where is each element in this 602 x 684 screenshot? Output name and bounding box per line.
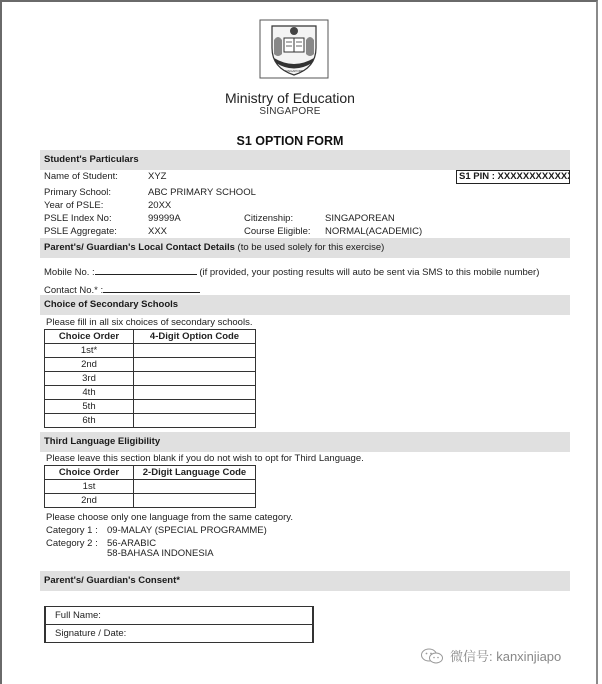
section-note-contact: (to be used solely for this exercise) (235, 242, 384, 253)
option-code-cell[interactable] (134, 358, 256, 372)
choice-order-cell: 6th (45, 414, 134, 428)
table-header-row: Choice Order 2-Digit Language Code (45, 466, 256, 480)
section-header-student: Student's Particulars (40, 150, 570, 170)
s1-pin-box: S1 PIN : XXXXXXXXXXXX (456, 170, 570, 184)
consent-table: Full Name: Signature / Date: (44, 606, 314, 643)
table-row: Signature / Date: (45, 625, 313, 643)
language-code-cell[interactable] (134, 494, 256, 508)
field-value-name: XYZ (148, 171, 166, 182)
field-value-course: NORMAL(ACADEMIC) (325, 226, 422, 237)
field-label-index: PSLE Index No: (44, 213, 112, 224)
category-2-option: 58-BAHASA INDONESIA (107, 548, 214, 559)
column-header: 2-Digit Language Code (134, 466, 256, 480)
choice-order-cell: 2nd (45, 494, 134, 508)
signature-date-field[interactable]: Signature / Date: (45, 625, 313, 643)
section-header-secondary: Choice of Secondary Schools (40, 295, 570, 315)
option-code-cell[interactable] (134, 372, 256, 386)
field-value-aggregate: XXX (148, 226, 167, 237)
mobile-number-field[interactable] (95, 265, 197, 275)
mobile-label: Mobile No. : (44, 267, 95, 278)
table-row: Full Name: (45, 607, 313, 625)
choice-order-cell: 4th (45, 386, 134, 400)
ministry-name: Ministry of Education (0, 90, 580, 106)
wechat-icon (420, 647, 444, 665)
field-label-aggregate: PSLE Aggregate: (44, 226, 117, 237)
table-row: 2nd (45, 494, 256, 508)
category-1-label: Category 1 : (46, 525, 98, 536)
watermark: 微信号: kanxinjiapo (420, 646, 561, 665)
option-code-cell[interactable] (134, 386, 256, 400)
field-label-name: Name of Student: (44, 171, 118, 182)
field-label-year: Year of PSLE: (44, 200, 103, 211)
watermark-text: 微信号: kanxinjiapo (450, 646, 561, 665)
third-language-instruction: Please leave this section blank if you d… (46, 453, 364, 464)
contact-number-field[interactable] (103, 283, 200, 293)
choice-order-cell: 5th (45, 400, 134, 414)
table-row: 6th (45, 414, 256, 428)
choice-order-cell: 3rd (45, 372, 134, 386)
option-code-cell[interactable] (134, 400, 256, 414)
field-value-citizenship: SINGAPOREAN (325, 213, 395, 224)
form-title: S1 OPTION FORM (0, 134, 580, 148)
language-code-cell[interactable] (134, 480, 256, 494)
language-note: Please choose only one language from the… (46, 512, 293, 523)
choice-order-cell: 1st* (45, 344, 134, 358)
secondary-choice-table: Choice Order 4-Digit Option Code 1st* 2n… (44, 329, 256, 428)
field-value-year: 20XX (148, 200, 171, 211)
table-header-row: Choice Order 4-Digit Option Code (45, 330, 256, 344)
section-header-consent: Parent's/ Guardian's Consent* (40, 571, 570, 591)
option-code-cell[interactable] (134, 414, 256, 428)
column-header: Choice Order (45, 466, 134, 480)
section-header-contact: Parent's/ Guardian's Local Contact Detai… (40, 238, 570, 258)
field-label-citizenship: Citizenship: (244, 213, 293, 224)
section-header-third-language: Third Language Eligibility (40, 432, 570, 452)
moe-crest-icon: SINGAPORE (258, 18, 330, 80)
field-value-school: ABC PRIMARY SCHOOL (148, 187, 256, 198)
table-row: 5th (45, 400, 256, 414)
table-row: 1st (45, 480, 256, 494)
table-row: 3rd (45, 372, 256, 386)
choice-order-cell: 1st (45, 480, 134, 494)
svg-text:SINGAPORE: SINGAPORE (285, 69, 303, 73)
field-label-course: Course Eligible: (244, 226, 311, 237)
choice-order-cell: 2nd (45, 358, 134, 372)
mobile-row: Mobile No. : (if provided, your posting … (44, 265, 539, 278)
field-label-school: Primary School: (44, 187, 111, 198)
category-2-label: Category 2 : (46, 538, 98, 549)
ministry-country: SINGAPORE (0, 106, 580, 117)
column-header: 4-Digit Option Code (134, 330, 256, 344)
secondary-instruction: Please fill in all six choices of second… (46, 317, 252, 328)
column-header: Choice Order (45, 330, 134, 344)
category-1-option: 09-MALAY (SPECIAL PROGRAMME) (107, 525, 267, 536)
section-title-contact: Parent's/ Guardian's Local Contact Detai… (44, 242, 235, 253)
table-row: 2nd (45, 358, 256, 372)
option-code-cell[interactable] (134, 344, 256, 358)
table-row: 1st* (45, 344, 256, 358)
full-name-field[interactable]: Full Name: (45, 607, 313, 625)
third-language-table: Choice Order 2-Digit Language Code 1st 2… (44, 465, 256, 508)
table-row: 4th (45, 386, 256, 400)
field-value-index: 99999A (148, 213, 181, 224)
mobile-note: (if provided, your posting results will … (199, 267, 539, 278)
